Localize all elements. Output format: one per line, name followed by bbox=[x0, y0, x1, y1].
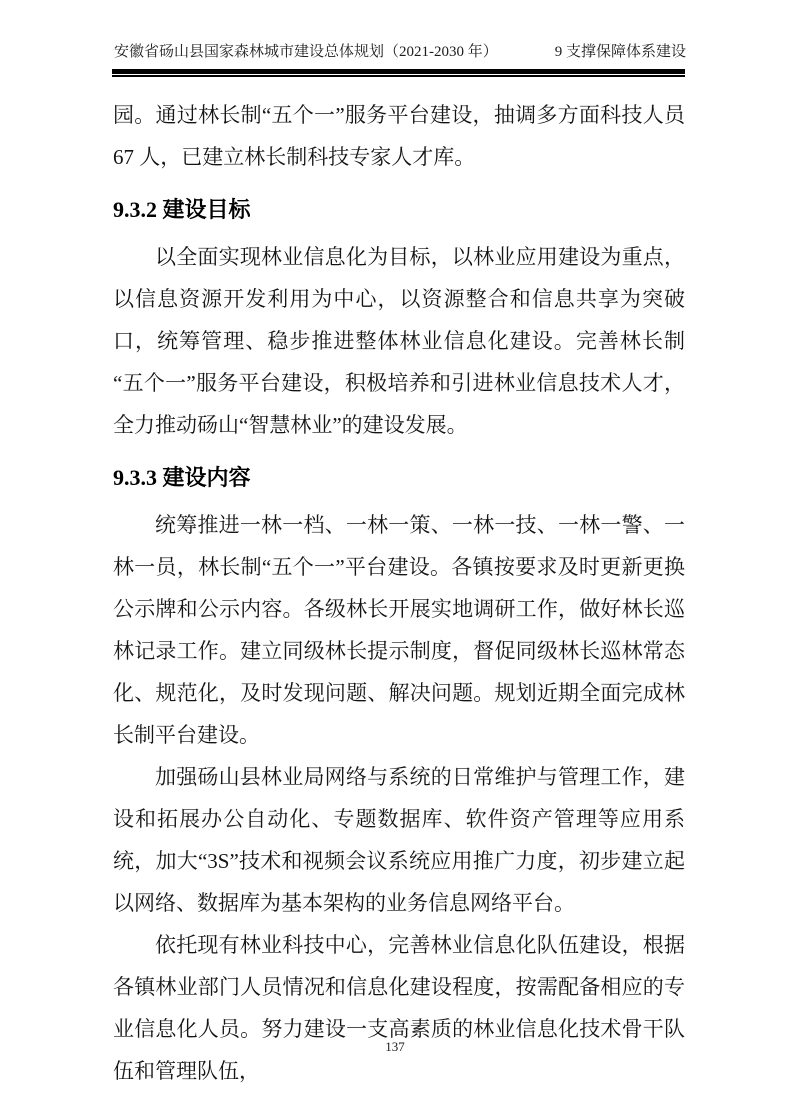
header-document-title: 安徽省砀山县国家森林城市建设总体规划（2021-2030 年） bbox=[114, 42, 498, 62]
document-page: 安徽省砀山县国家森林城市建设总体规划（2021-2030 年） 9 支撑保障体系… bbox=[0, 0, 790, 1118]
page-header: 安徽省砀山县国家森林城市建设总体规划（2021-2030 年） 9 支撑保障体系… bbox=[114, 42, 686, 62]
page-number: 137 bbox=[385, 1039, 405, 1054]
heading-9-3-2: 9.3.2 建设目标 bbox=[113, 190, 685, 230]
paragraph-9-3-3-third: 依托现有林业科技中心，完善林业信息化队伍建设，根据各镇林业部门人员情况和信息化建… bbox=[113, 924, 685, 1092]
header-chapter-title: 9 支撑保障体系建设 bbox=[555, 42, 686, 62]
paragraph-9-3-3-first: 统筹推进一林一档、一林一策、一林一技、一林一警、一林一员，林长制“五个一”平台建… bbox=[113, 504, 685, 756]
page-footer: 137 bbox=[0, 1038, 790, 1056]
paragraph-9-3-3-second: 加强砀山县林业局网络与系统的日常维护与管理工作，建设和拓展办公自动化、专题数据库… bbox=[113, 756, 685, 924]
header-divider-rule bbox=[112, 69, 685, 77]
paragraph-continuation: 园。通过林长制“五个一”服务平台建设，抽调多方面科技人员 67 人，已建立林长制… bbox=[113, 94, 685, 178]
heading-9-3-3: 9.3.3 建设内容 bbox=[113, 458, 685, 498]
page-body: 园。通过林长制“五个一”服务平台建设，抽调多方面科技人员 67 人，已建立林长制… bbox=[113, 94, 685, 1092]
paragraph-9-3-2: 以全面实现林业信息化为目标，以林业应用建设为重点，以信息资源开发利用为中心，以资… bbox=[113, 236, 685, 446]
